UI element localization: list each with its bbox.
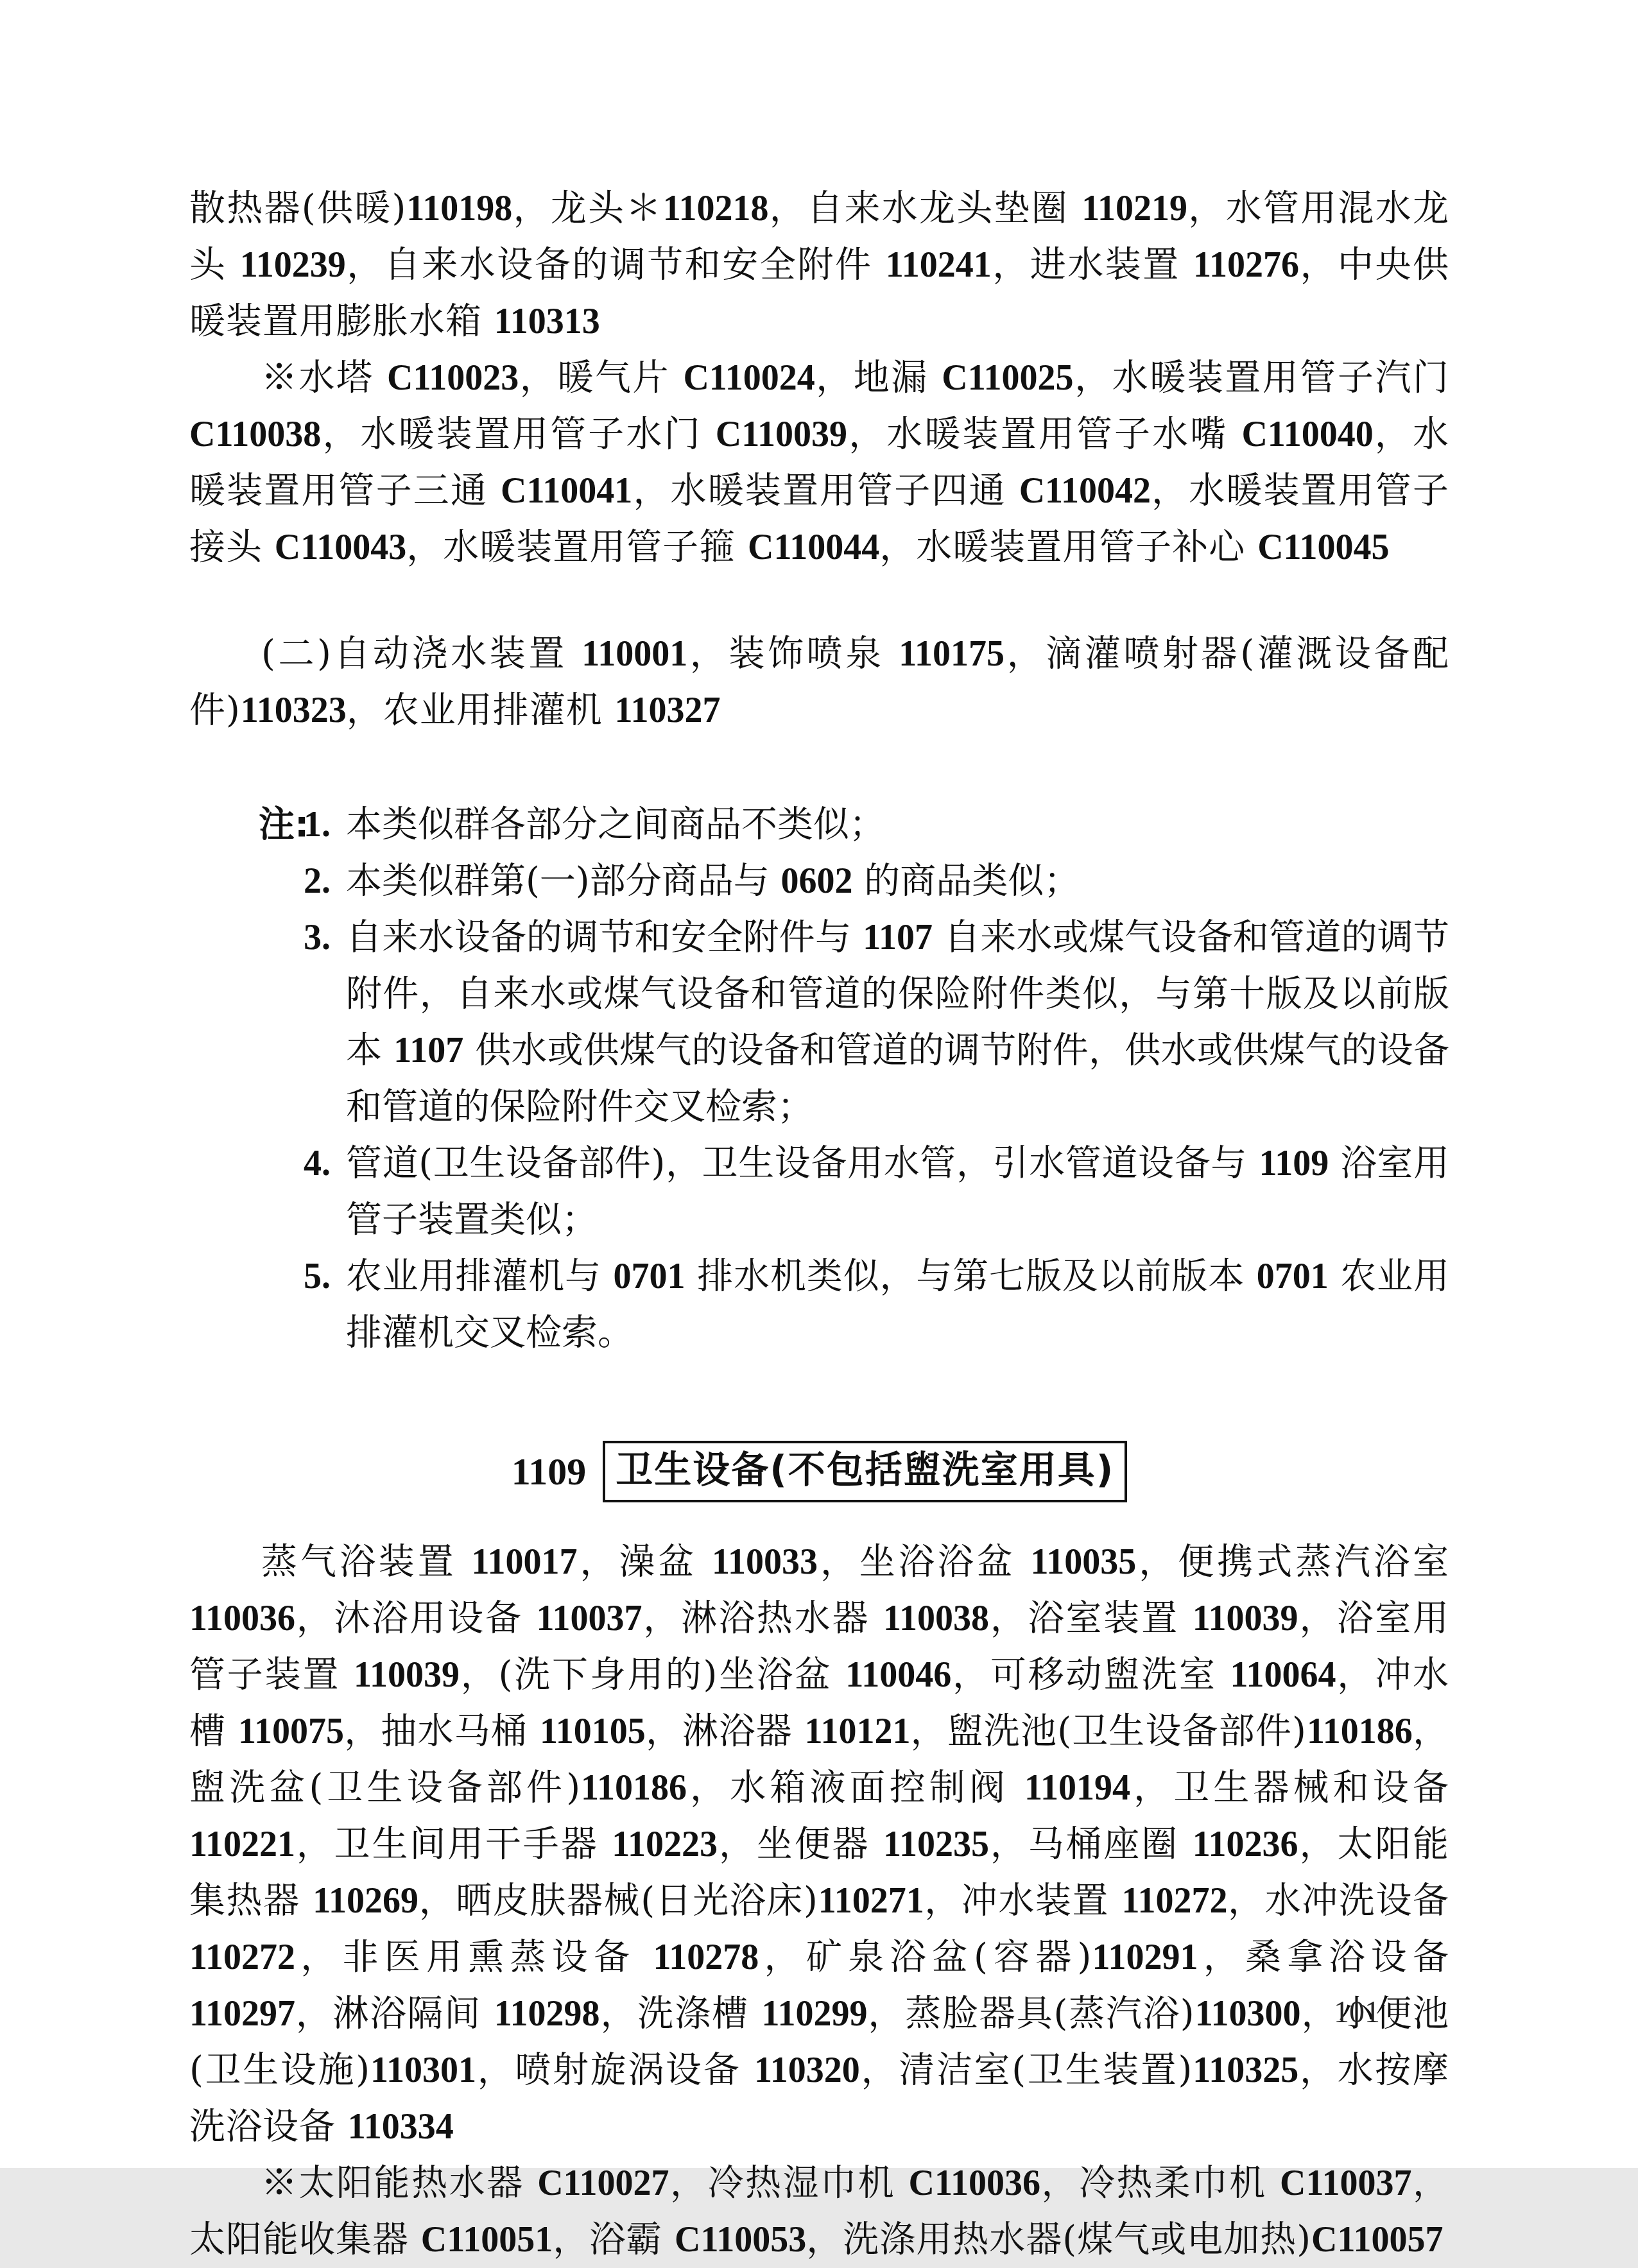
notes-label: 注: [259,796,309,853]
section-code: 1109 [512,1450,587,1493]
page-number: 101 [1334,1995,1380,2030]
note-text: 本类似群第(一)部分商品与 0602 的商品类似； [346,860,1080,902]
note-number: 5. [304,1248,331,1305]
notes-block: 注: 1. 本类似群各部分之间商品不类似； 2. 本类似群第(一)部分商品与 0… [189,796,1449,1361]
note-item-4: 4. 管道(卫生设备部件)，卫生设备用水管，引水管道设备与 1109 浴室用管子… [346,1135,1449,1248]
note-text: 农业用排灌机与 0701 排水机类似，与第七版及以前版本 0701 农业用排灌机… [346,1255,1449,1353]
note-item-1: 注: 1. 本类似群各部分之间商品不类似； [346,796,1449,853]
note-text: 自来水设备的调节和安全附件与 1107 自来水或煤气设备和管道的调节附件，自来水… [346,916,1449,1128]
note-number: 1. [304,796,331,853]
paragraph-sanitary-c-codes: ※太阳能热水器 C110027，冷热湿巾机 C110036，冷热柔巾机 C110… [189,2155,1449,2268]
note-item-5: 5. 农业用排灌机与 0701 排水机类似，与第七版及以前版本 0701 农业用… [346,1248,1449,1361]
page-content: 散热器(供暖)110198，龙头＊110218，自来水龙头垫圈 110219，水… [189,180,1449,2268]
document-page: 散热器(供暖)110198，龙头＊110218，自来水龙头垫圈 110219，水… [0,0,1638,2168]
note-item-3: 3. 自来水设备的调节和安全附件与 1107 自来水或煤气设备和管道的调节附件，… [346,909,1449,1135]
paragraph-part-two-irrigation: (二)自动浇水装置 110001，装饰喷泉 110175，滴灌喷射器(灌溉设备配… [189,626,1449,739]
paragraph-heating-items-continued: 散热器(供暖)110198，龙头＊110218，自来水龙头垫圈 110219，水… [189,180,1449,350]
note-text: 本类似群各部分之间商品不类似； [346,803,885,845]
section-heading-1109: 1109卫生设备(不包括盥洗室用具) [189,1433,1449,1507]
paragraph-domestic-c-codes: ※水塔 C110023，暖气片 C110024，地漏 C110025，水暖装置用… [189,350,1449,576]
note-number: 4. [304,1135,331,1192]
note-item-2: 2. 本类似群第(一)部分商品与 0602 的商品类似； [346,853,1449,909]
note-number: 3. [304,909,331,966]
note-text: 管道(卫生设备部件)，卫生设备用水管，引水管道设备与 1109 浴室用管子装置类… [346,1142,1449,1241]
note-number: 2. [304,853,331,909]
section-title-box: 卫生设备(不包括盥洗室用具) [603,1441,1127,1502]
paragraph-sanitary-apparatus: 蒸气浴装置 110017，澡盆 110033，坐浴浴盆 110035，便携式蒸汽… [189,1534,1449,2155]
